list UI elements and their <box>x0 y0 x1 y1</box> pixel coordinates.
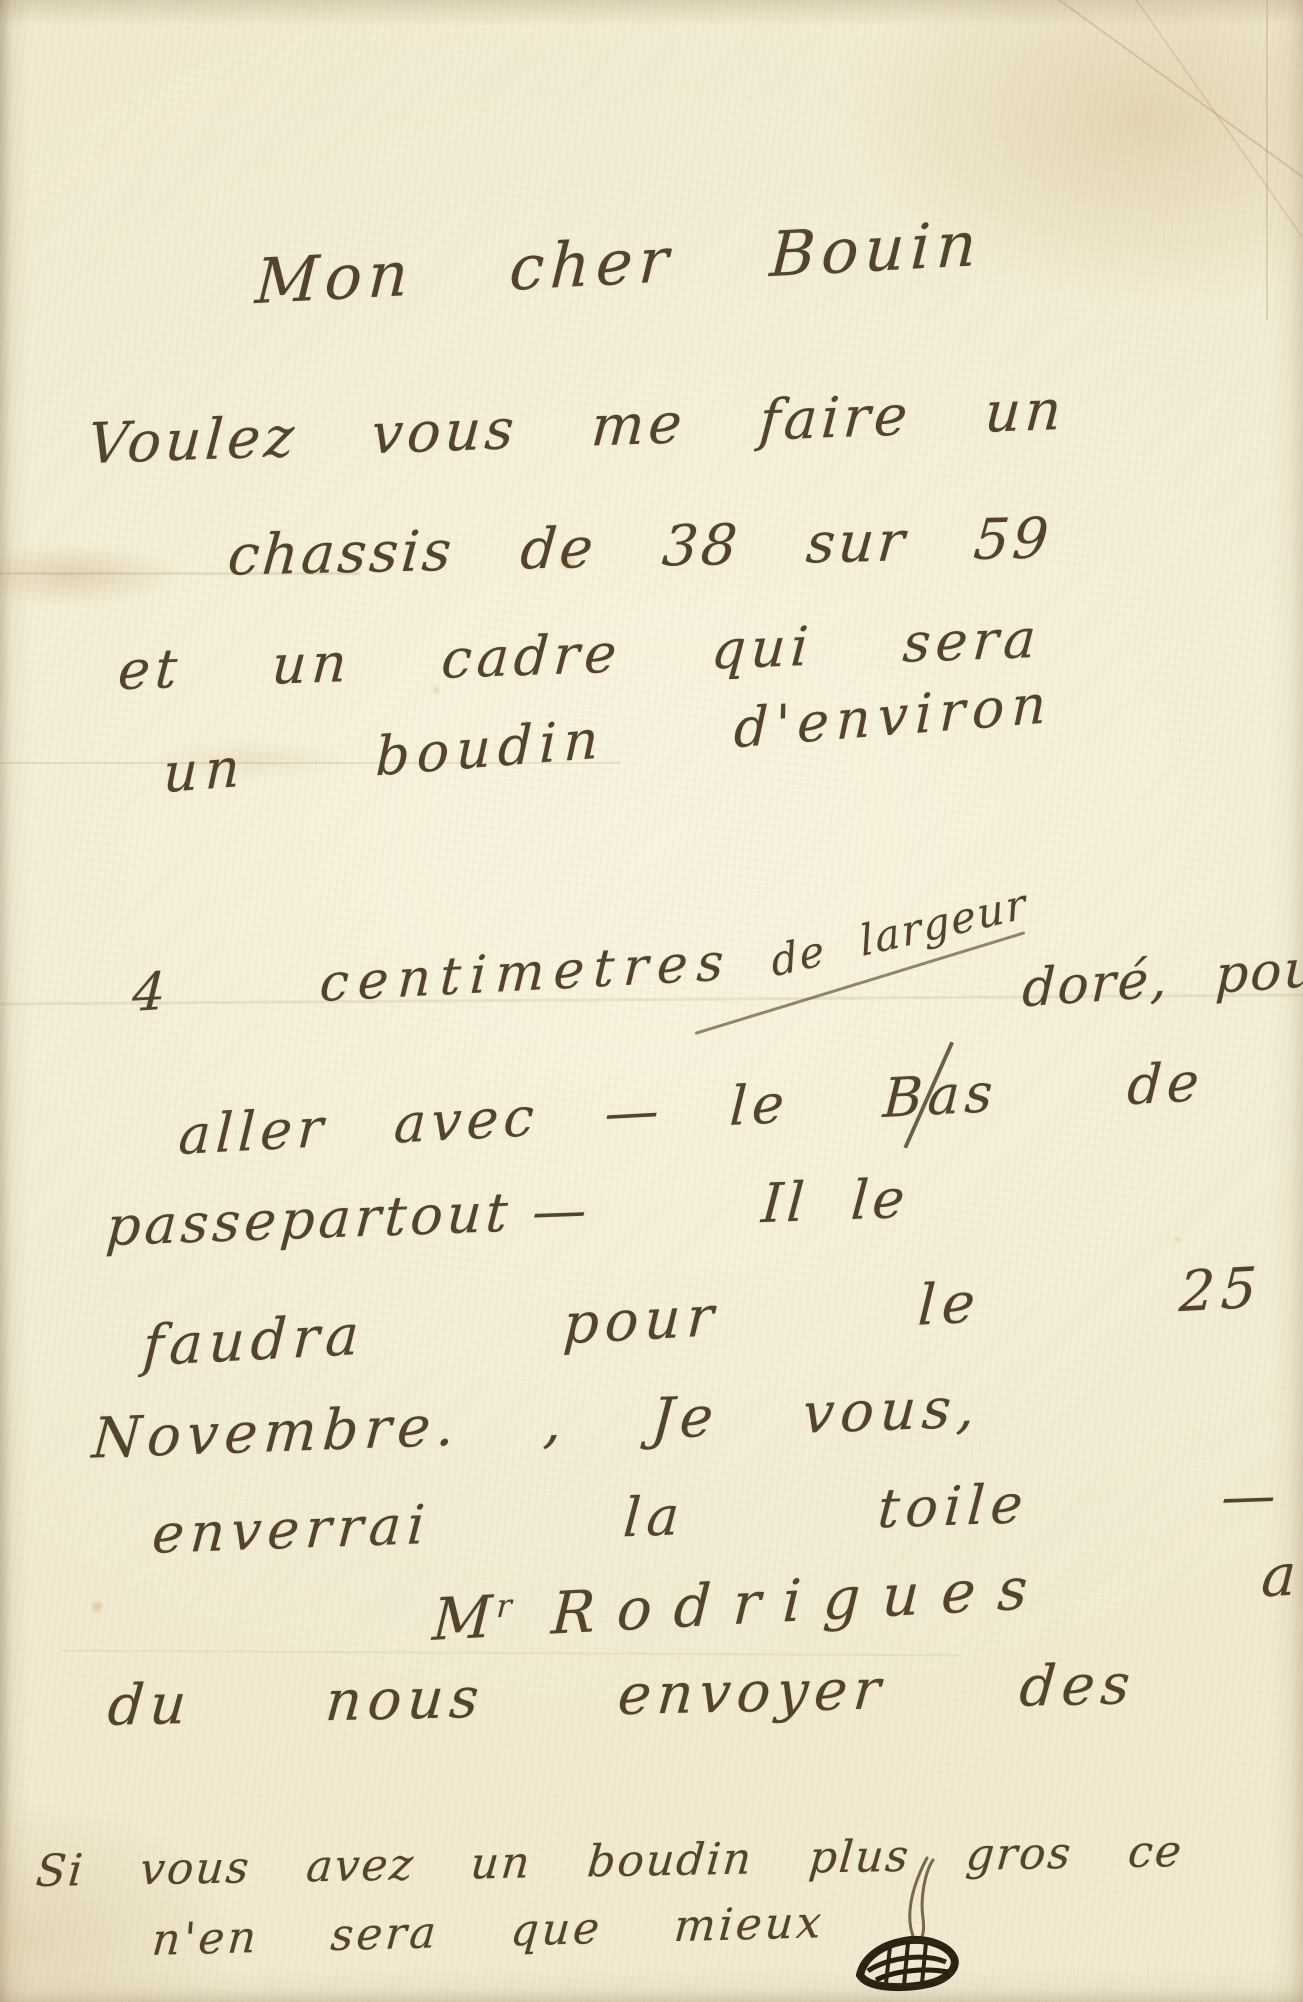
body-line-6: aller avec — le Bas de <box>177 1055 1205 1163</box>
body-line-6-struck-word: Bas <box>882 1066 999 1126</box>
body-line-2: chassis de 38 sur 59 <box>226 511 1054 584</box>
body-line-10: enverrai la toile — <box>150 1468 1283 1562</box>
body-line-7a: passepartout — <box>104 1178 593 1258</box>
body-line-5-start: 4 centimetres <box>131 936 734 1020</box>
body-line-6-post: de <box>1126 1050 1206 1117</box>
crease-line <box>1129 0 1303 237</box>
body-line-7: passepartout — Il le <box>104 1172 910 1254</box>
body-line-7b: Il le <box>759 1167 910 1235</box>
salutation-line: Mon cher Bouin <box>254 213 984 313</box>
postscript-line-1: Si vous avez un boudin plus gros ce <box>34 1830 1185 1894</box>
crease-line <box>1266 0 1268 320</box>
body-line-8: faudra pour le 25 <box>141 1261 1264 1376</box>
body-line-6-pre: aller avec — le <box>177 1072 791 1167</box>
body-line-11-tail: a <box>1260 1540 1302 1610</box>
body-line-5-end: doré, pour <box>1021 941 1303 1016</box>
name-rodrigues: Rodrigues <box>550 1553 1051 1647</box>
letter-scan: Mon cher Bouin Voulez vous me faire un c… <box>0 0 1303 2002</box>
body-line-9: Novembre. , Je vous, <box>90 1380 982 1467</box>
postscript-line-2: n'en sera que mieux <box>150 1901 825 1963</box>
crease-line <box>1039 0 1303 234</box>
body-line-1: Voulez vous me faire un <box>86 383 1067 473</box>
ink-stamp-scribble <box>850 1925 962 1999</box>
name-superscript: r <box>495 1586 516 1625</box>
crease-line <box>60 1650 960 1657</box>
body-line-12: du nous envoyer des <box>106 1657 1138 1735</box>
name-initial: M <box>431 1582 498 1654</box>
body-line-11: Mr Rodrigues a <box>431 1545 1302 1649</box>
